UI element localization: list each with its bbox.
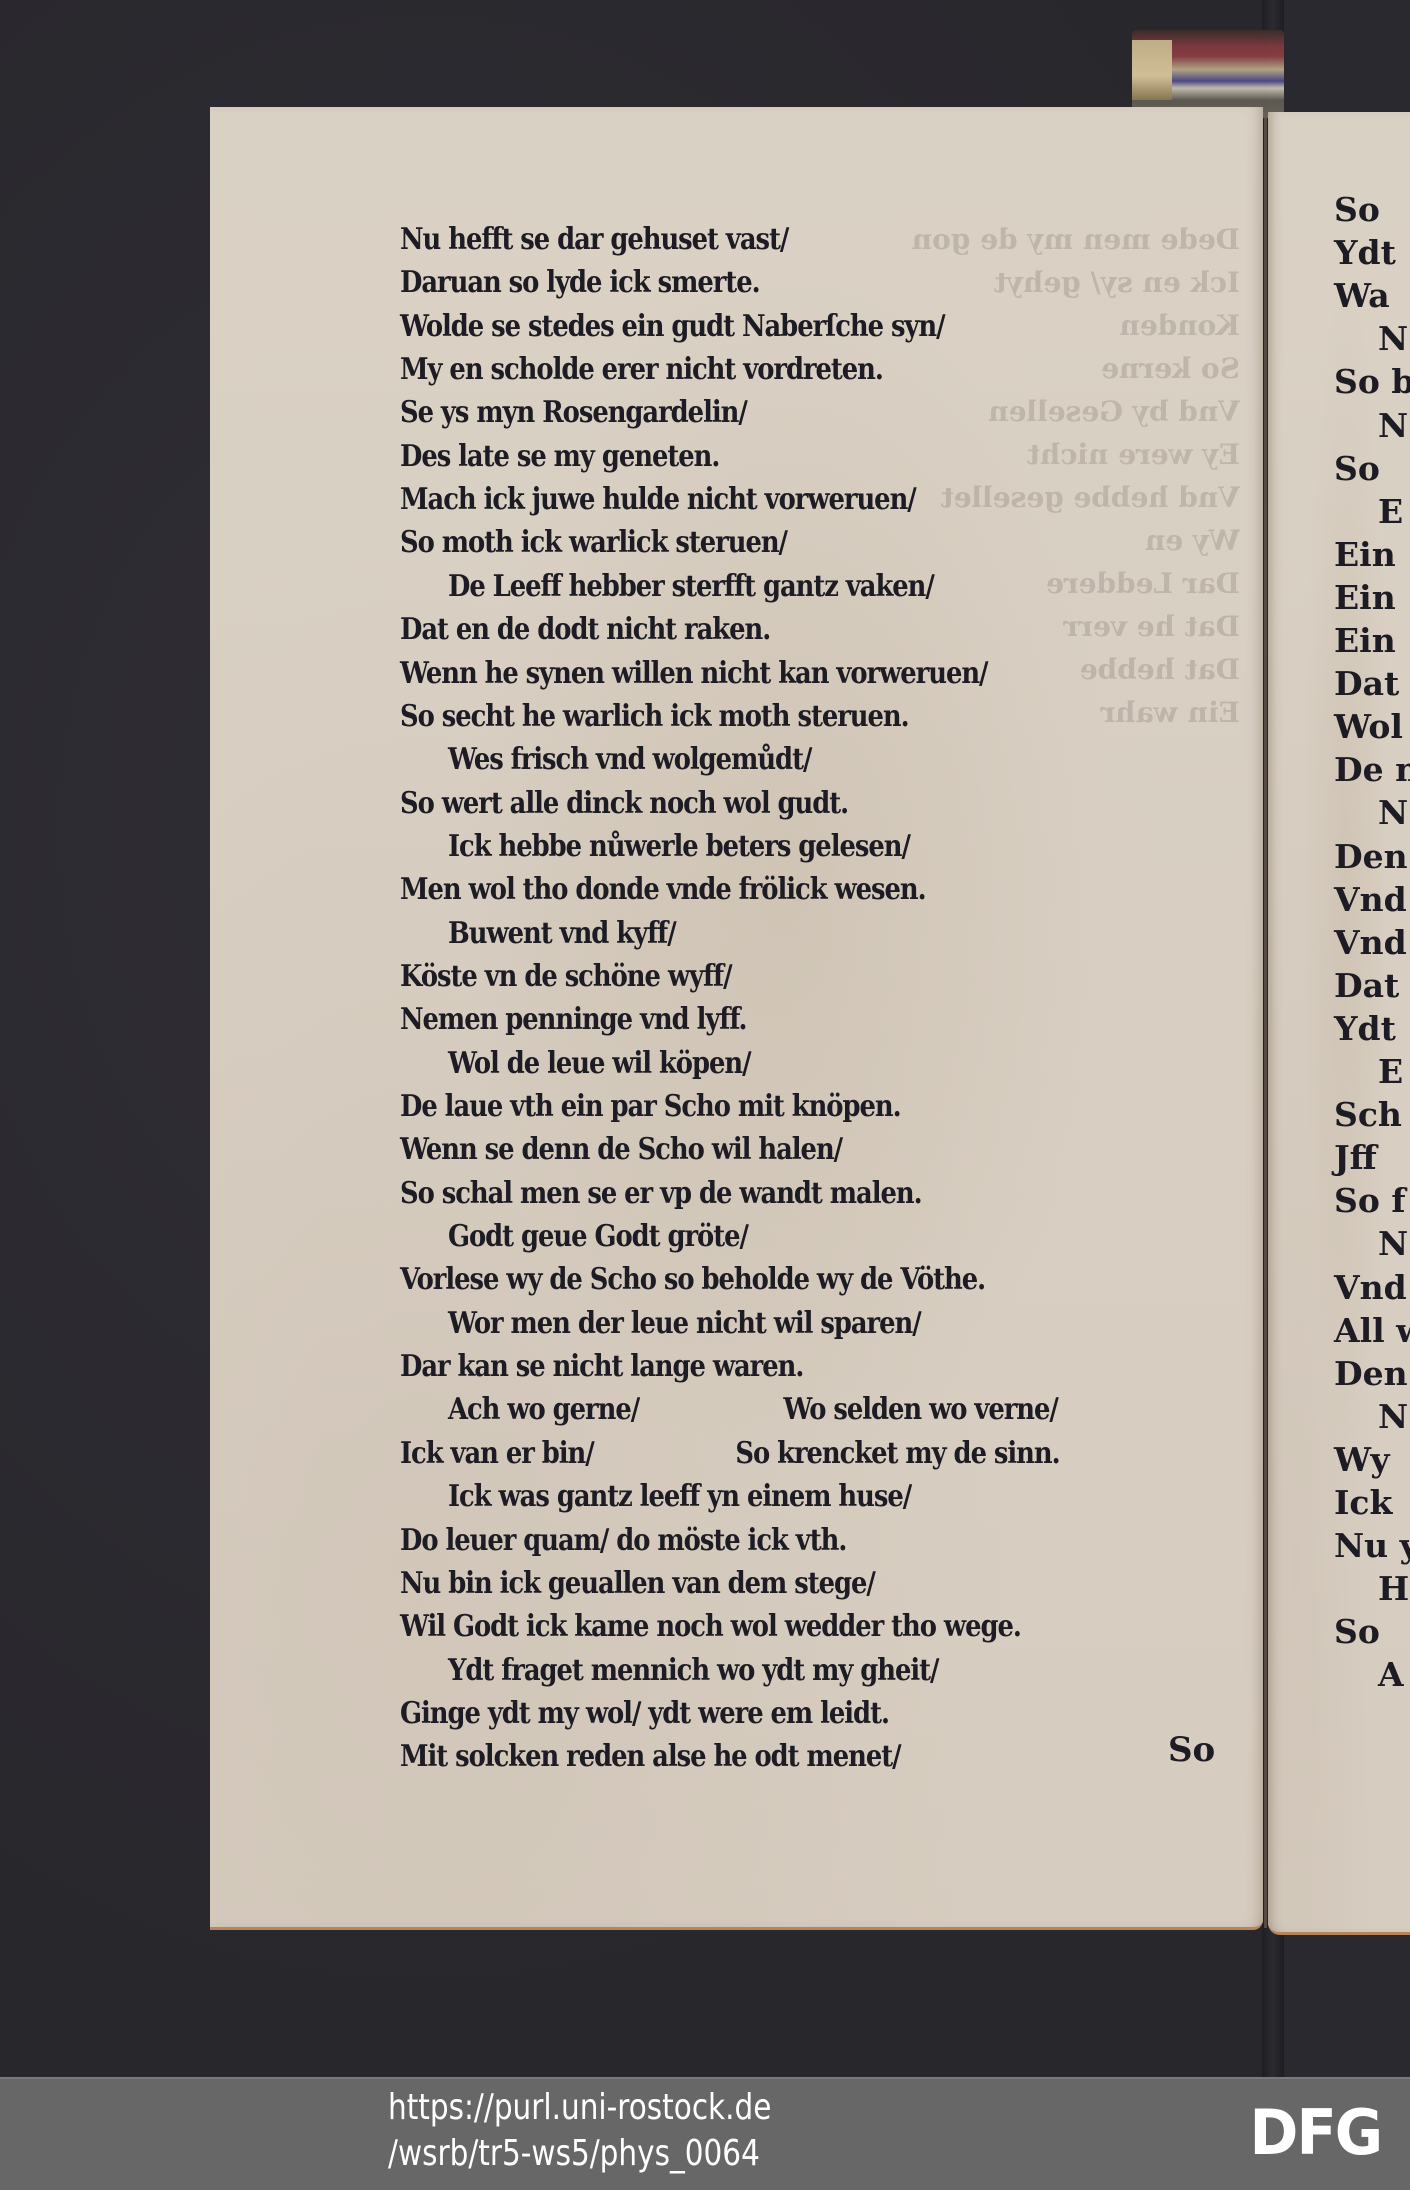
text-line-content: Nu bin ick geuallen van dem stege/ [400,1566,875,1601]
text-line-second-column: So krencket my de sinn. [735,1432,1059,1475]
show-through-line: Vnd hebbe gesellet [900,476,1240,519]
right-page-line-fragment: N [1378,791,1408,834]
right-page-line-fragment: E [1378,1050,1403,1093]
text-line-content: Ginge ydt my wol/ ydt were em leidt. [400,1696,889,1731]
text-line: Ick was gantz leeff yn einem huse/ [448,1475,911,1518]
permalink[interactable]: https://purl.uni-rostock.de /wsrb/tr5-ws… [388,2085,771,2177]
text-line: De laue vth ein par Scho mit knöpen. [400,1085,901,1128]
text-line: Nemen penninge vnd lyff. [400,998,746,1041]
right-page-line-fragment: N [1378,317,1408,360]
text-line-content: Se ys myn Rosengardelin/ [400,395,747,430]
text-line-content: Dat en de dodt nicht raken. [400,612,770,647]
dfg-logo-icon: DFG [1249,2107,1381,2159]
text-line: Wil Godt ick kame noch wol wedder tho we… [400,1605,1021,1648]
text-line: Godt geue Godt gröte/ [448,1215,748,1258]
right-page-line-fragment: Wy [1334,1438,1390,1481]
show-through-line: Dat he verr [900,605,1240,648]
show-through-line: Ick en sy/ gehyt [900,261,1240,304]
text-line-content: Mit solcken reden alse he odt menet/ [400,1739,901,1774]
text-line: De Leeff hebber sterfft gantz vaken/ [448,565,934,608]
text-line-content: Buwent vnd kyff/ [448,916,676,951]
permalink-line-2[interactable]: /wsrb/tr5-ws5/phys_0064 [388,2131,771,2177]
right-page-line-fragment: All w [1334,1309,1410,1352]
right-page-line-fragment: So b [1334,360,1410,403]
text-line-content: Ick van er bin/ [400,1436,594,1471]
right-page-line-fragment: Ein [1334,533,1396,576]
right-page-line-fragment: Wa [1334,274,1390,317]
text-line: Men wol tho donde vnde frölick wesen. [400,868,926,911]
text-line-content: Dar kan se nicht lange waren. [400,1349,803,1384]
show-through-line: Ein wahr [900,691,1240,734]
text-line: Se ys myn Rosengardelin/ [400,391,747,434]
text-line: Wenn he synen willen nicht kan vorweruen… [400,652,987,695]
text-line: So wert alle dinck noch wol gudt. [400,782,848,825]
headband-detail [1132,40,1172,100]
right-page-line-fragment: So [1334,188,1380,231]
right-page-line-fragment: So [1334,1610,1380,1653]
text-line: Wenn se denn de Scho wil halen/ [400,1128,842,1171]
right-page-line-fragment: H [1378,1567,1409,1610]
show-through-line: Wy en [900,519,1240,562]
right-page-line-fragment: Vnd [1334,1266,1407,1309]
text-line: Wes frisch vnd wolgemůdt/ [448,738,811,781]
text-line-content: Wenn he synen willen nicht kan vorweruen… [400,656,987,691]
text-line: Des late se my geneten. [400,435,719,478]
text-line-content: Ick hebbe nůwerle beters gelesen/ [448,829,910,864]
text-line: Wor men der leue nicht wil sparen/ [448,1302,921,1345]
right-page-line-fragment: Vnd [1334,921,1407,964]
right-page-line-fragment: N [1378,1222,1408,1265]
text-line: Do leuer quam/ do möste ick vth. [400,1519,846,1562]
text-line-content: Vorlese wy de Scho so beholde wy de Vöth… [400,1262,985,1297]
text-line: Ick van er bin/So krencket my de sinn. [400,1432,594,1475]
text-line-content: Nu hefft se dar gehuset vast/ [400,222,788,257]
text-line: So moth ick warlick steruen/ [400,521,787,564]
right-page-line-fragment: A [1378,1653,1404,1696]
text-line: Ach wo gerne/Wo selden wo verne/ [448,1388,639,1431]
right-page-line-fragment: E [1378,490,1403,533]
text-line-content: Wol de leue wil köpen/ [448,1046,750,1081]
text-line-content: Godt geue Godt gröte/ [448,1219,748,1254]
right-page-line-fragment: Den [1334,1352,1408,1395]
text-line-content: Wes frisch vnd wolgemůdt/ [448,742,811,777]
text-line: Dar kan se nicht lange waren. [400,1345,803,1388]
show-through-line: Vnd by Gesellen [900,390,1240,433]
text-line: So secht he warlich ick moth steruen. [400,695,909,738]
text-line-content: Do leuer quam/ do möste ick vth. [400,1523,846,1558]
text-line-content: Wolde se stedes ein gudt Naberſche syn/ [400,309,945,344]
right-page-line-fragment: So f [1334,1179,1406,1222]
text-line-content: So moth ick warlick steruen/ [400,525,787,560]
text-line: Buwent vnd kyff/ [448,912,676,955]
footer-bar: https://purl.uni-rostock.de /wsrb/tr5-ws… [0,2077,1410,2190]
text-line: Wol de leue wil köpen/ [448,1042,750,1085]
text-line-content: Ick was gantz leeff yn einem huse/ [448,1479,911,1514]
show-through-line: Ey were nicht [900,433,1240,476]
text-line: Ginge ydt my wol/ ydt were em leidt. [400,1692,889,1735]
show-through-line: Dar Leddere [900,562,1240,605]
text-line-content: De laue vth ein par Scho mit knöpen. [400,1089,901,1124]
show-through-line: Konden [900,304,1240,347]
text-line-content: Wenn se denn de Scho wil halen/ [400,1132,842,1167]
text-line: Mach ick juwe hulde nicht vorweruen/ [400,478,916,521]
book-headband [1132,30,1284,118]
text-line-content: Nemen penninge vnd lyff. [400,1002,746,1037]
text-line: Dat en de dodt nicht raken. [400,608,770,651]
right-page-line-fragment: Nu y [1334,1524,1410,1567]
text-line: Mit solcken reden alse he odt menet/ [400,1735,901,1778]
page-gutter [1264,112,1267,1928]
right-page-line-fragment: De n [1334,748,1410,791]
text-line-content: Daruan so lyde ick smerte. [400,265,760,300]
right-page-line-fragment: Dat [1334,662,1399,705]
text-line: Wolde se stedes ein gudt Naberſche syn/ [400,305,945,348]
text-line-content: Des late se my geneten. [400,439,719,474]
text-line-content: Köste vn de schöne wyff/ [400,959,731,994]
text-line: Nu bin ick geuallen van dem stege/ [400,1562,875,1605]
right-page-line-fragment: Sch [1334,1093,1402,1136]
right-page-line-fragment: N [1378,1395,1408,1438]
text-line: My en scholde erer nicht vordreten. [400,348,883,391]
text-line-content: Ydt fraget mennich wo ydt my gheit/ [448,1653,938,1688]
right-page-line-fragment: Den [1334,835,1408,878]
show-through-line: So kerne [900,347,1240,390]
text-line: Nu hefft se dar gehuset vast/ [400,218,788,261]
show-through-line: Dede men my de gon [900,218,1240,261]
text-line-content: Ach wo gerne/ [448,1392,639,1427]
text-line-content: Mach ick juwe hulde nicht vorweruen/ [400,482,916,517]
show-through-text: Dede men my de gonIck en sy/ gehytKonden… [900,218,1240,1718]
right-page-line-fragment: Ein [1334,619,1396,662]
catchword: So [1168,1730,1215,1770]
text-line: Ick hebbe nůwerle beters gelesen/ [448,825,910,868]
text-line: Daruan so lyde ick smerte. [400,261,760,304]
text-line-content: De Leeff hebber sterfft gantz vaken/ [448,569,934,604]
right-page-line-fragment: Dat [1334,964,1399,1007]
text-line-content: Men wol tho donde vnde frölick wesen. [400,872,926,907]
right-page-line-fragment: Ydt [1334,231,1396,274]
text-line-content: Wil Godt ick kame noch wol wedder tho we… [400,1609,1021,1644]
text-line-second-column: Wo selden wo verne/ [783,1388,1057,1431]
text-line: Vorlese wy de Scho so beholde wy de Vöth… [400,1258,985,1301]
text-line: Ydt fraget mennich wo ydt my gheit/ [448,1649,938,1692]
right-page-line-fragment: Jff [1334,1136,1377,1179]
permalink-line-1[interactable]: https://purl.uni-rostock.de [388,2085,771,2131]
text-line-content: So wert alle dinck noch wol gudt. [400,786,848,821]
text-line-content: So schal men se er vp de wandt malen. [400,1176,922,1211]
text-line-content: My en scholde erer nicht vordreten. [400,352,883,387]
text-line: Köste vn de schöne wyff/ [400,955,731,998]
text-line-content: So secht he warlich ick moth steruen. [400,699,909,734]
right-page-line-fragment: Ein [1334,576,1396,619]
text-line: So schal men se er vp de wandt malen. [400,1172,922,1215]
right-page-line-fragment: So [1334,447,1380,490]
right-page-line-fragment: Vnd [1334,878,1407,921]
right-page-line-fragment: N [1378,404,1408,447]
text-line-content: Wor men der leue nicht wil sparen/ [448,1306,921,1341]
right-page-line-fragment: Ick [1334,1481,1392,1524]
right-page-line-fragment: Ydt [1334,1007,1396,1050]
right-page-line-fragment: Wol [1334,705,1403,748]
